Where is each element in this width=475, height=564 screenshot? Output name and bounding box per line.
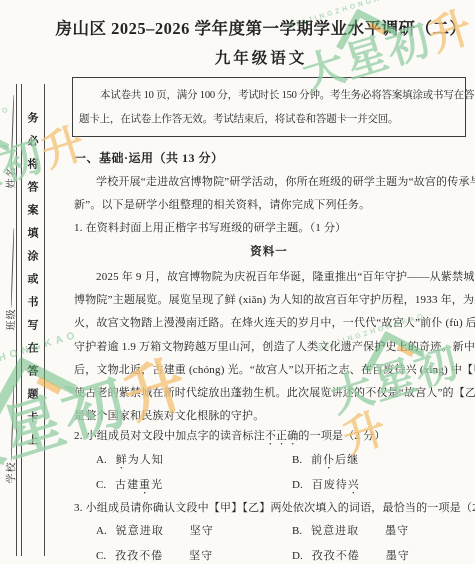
q2-option-b-dotted-char: 仆 <box>323 454 335 466</box>
q2-option-c: C.古建重光 <box>96 476 163 497</box>
q2-option-a-label: A. <box>96 454 107 466</box>
material-line: 使古老的紫禁城在新时代绽放出蓬勃生机。此次展览讲述的不仅是“故宫人”的【乙】，更 <box>74 382 475 405</box>
material-line: 2025 年 9 月，故宫博物院为庆祝百年华诞，隆重推出“百年守护——从紫禁城到… <box>74 266 475 289</box>
q3-option-b-word1: 锐意进取 <box>311 522 359 538</box>
q2-option-c-label: C. <box>96 479 106 491</box>
seal-vertical-line <box>44 84 45 556</box>
q3-option-c-word2: 坚守 <box>189 550 213 562</box>
paper-title: 房山区 2025–2026 学年度第一学期学业水平调研（二） <box>55 15 467 39</box>
q3-option-b-label: B. <box>292 525 302 537</box>
question-1: 1. 在资料封面上用正楷字书写班级的研学主题。（1 分） <box>74 219 346 235</box>
section-intro-line-1: 学校开展“走进故宫博物院”研学活动，你所在班级的研学主题为“故宫的传承与创 <box>74 173 475 189</box>
q2-option-b-text: 前 <box>311 454 323 466</box>
q2-option-c-text: 古建 <box>115 479 139 491</box>
seal-margin-notice: 务必将答案填涂或书写在答题卡上 <box>24 112 40 457</box>
q3-option-d: D.孜孜不倦墨守 <box>292 547 410 563</box>
q2-stem-emphasis: 不正确 <box>265 430 299 442</box>
q2-option-d-label: D. <box>292 479 303 491</box>
section-intro-line-2: 新”。以下是研学小组整理的相关资料，请你完成下列任务。 <box>74 196 370 212</box>
q2-option-b-text: 后继 <box>335 454 359 466</box>
q3-option-a-label: A. <box>96 525 107 537</box>
q2-option-c-text: 光 <box>151 479 163 491</box>
material-1-title: 资料一 <box>72 243 466 259</box>
q2-option-a-text: 为人知 <box>128 454 164 466</box>
notice-line-2: 题卡上，在试卷上作答无效。考试结束后，将试卷和答题卡一并交回。 <box>79 108 459 132</box>
paper-subject: 九年级语文 <box>55 46 467 68</box>
q3-option-b: B.锐意进取墨守 <box>292 522 409 538</box>
exam-paper-page: 姓名 班级 学校 务必将答案填涂或书写在答题卡上 房山区 2025–2026 学… <box>0 0 475 564</box>
q2-option-d-dotted-char: 兴 <box>348 479 360 491</box>
material-line: 是整个国家和民族对文化根脉的守护。 <box>74 405 475 428</box>
q3-option-a-word2: 坚守 <box>190 525 214 537</box>
q3-option-a-word1: 锐意进取 <box>116 522 164 538</box>
class-fill-line <box>11 228 15 308</box>
q2-option-a: A.鲜为人知 <box>96 451 164 472</box>
q3-option-d-label: D. <box>292 550 303 562</box>
q3-option-a: A.锐意进取坚守 <box>96 522 214 538</box>
q3-option-c: C.孜孜不倦坚守 <box>96 547 213 563</box>
section-heading: 一、基础·运用（共 13 分） <box>74 149 224 166</box>
material-line: 后，文物北返，古建重 (chóng) 光。“故宫人”以开拓之志、在百废待兴 (x… <box>74 359 475 382</box>
q2-option-c-dotted-char: 重 <box>139 479 151 491</box>
q2-stem-pre: 2. 小组成员对文段中加点字的读音标注 <box>74 430 265 442</box>
seal-vertical-line <box>21 84 22 556</box>
material-1-paragraph: 2025 年 9 月，故宫博物院为庆祝百年华诞，隆重推出“百年守护——从紫禁城到… <box>74 266 475 428</box>
q3-option-d-word1: 孜孜不倦 <box>312 547 360 563</box>
q2-option-b: B.前仆后继 <box>292 451 359 472</box>
q3-option-b-word2: 墨守 <box>385 525 409 537</box>
q3-option-d-word2: 墨守 <box>386 550 410 562</box>
material-line: 博物院”主题展览。展览呈现了鲜 (xiǎn) 为人知的故宫百年守护历程，1933… <box>74 289 475 312</box>
notice-line-1: 本试卷共 10 页，满分 100 分，考试时长 150 分钟。考生务必将答案填涂… <box>79 84 459 108</box>
question-3-stem: 3. 小组成员请你确认文段中【甲】【乙】两处依次填入的词语，最恰当的一项是（2 … <box>74 499 475 515</box>
q2-option-a-dotted-char: 鲜 <box>116 454 128 466</box>
name-field-label: 姓名 <box>3 156 18 200</box>
class-field-label: 班级 <box>3 298 18 342</box>
q3-option-c-word1: 孜孜不倦 <box>115 547 163 563</box>
exam-notice-box: 本试卷共 10 页，满分 100 分，考试时长 150 分钟。考生务必将答案填涂… <box>72 77 466 137</box>
q2-option-b-label: B. <box>292 454 302 466</box>
school-field-label: 学校 <box>3 451 18 495</box>
q2-option-d: D.百废待兴 <box>292 476 360 497</box>
q2-option-d-text: 百废待 <box>312 479 348 491</box>
question-2-stem: 2. 小组成员对文段中加点字的读音标注不正确的一项是（2 分） <box>74 427 385 448</box>
q3-option-c-label: C. <box>96 550 106 562</box>
material-line: 守护着逾 1.9 万箱文物跨越万里山河，创造了人类文化遗产保护史上的奇迹。新中国… <box>74 336 475 359</box>
material-line: 火，故宫文物踏上漫漫南迁路。在烽火连天的岁月中，一代代“故宫人”前仆 (fù) … <box>74 312 475 335</box>
q2-stem-post: 的一项是（2 分） <box>298 430 385 442</box>
